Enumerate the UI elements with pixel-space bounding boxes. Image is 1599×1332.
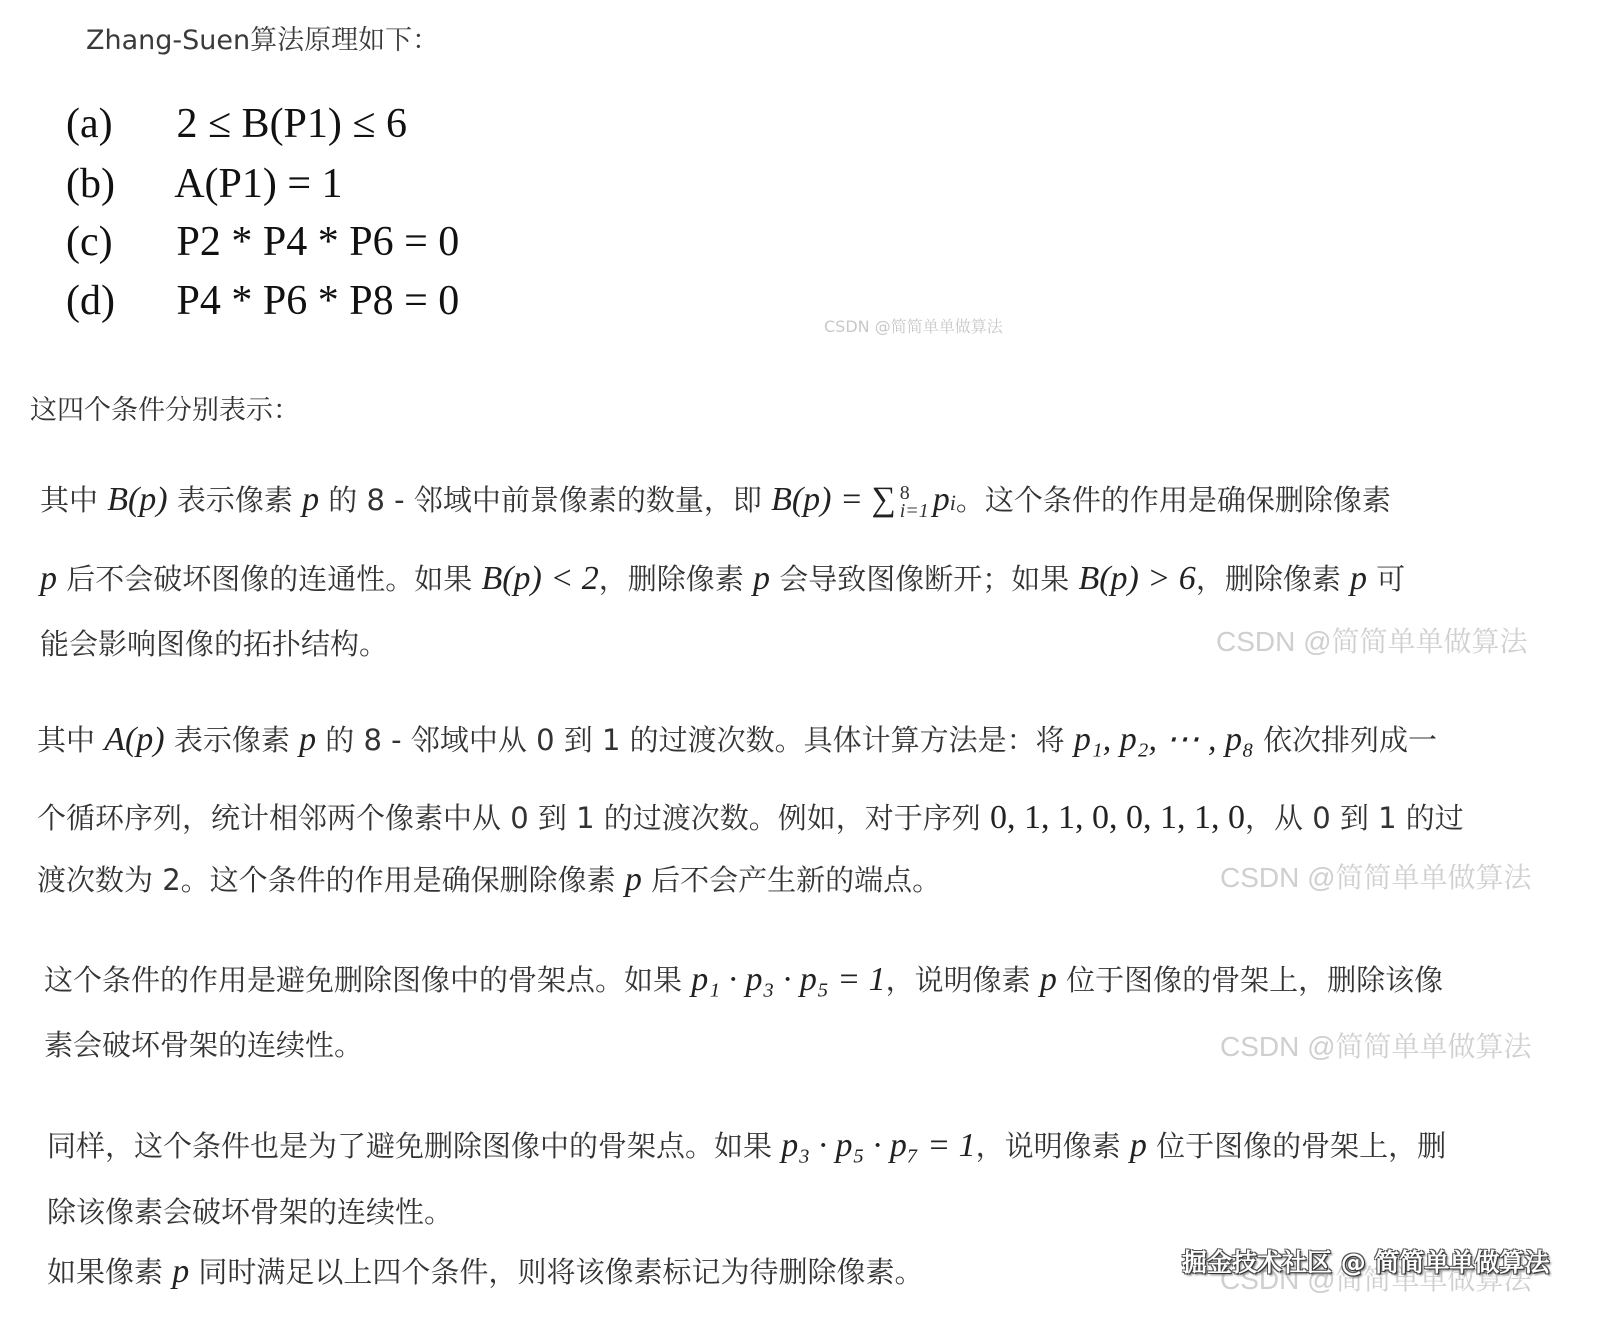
watermark-csdn: CSDN @简简单单做算法	[1220, 1025, 1532, 1065]
text: 表示像素	[168, 483, 302, 517]
text: 其中	[40, 483, 107, 517]
math-p: p	[299, 721, 316, 758]
condition-b: (b) A(P1) = 1	[66, 160, 343, 208]
text: ，删除像素	[1196, 562, 1350, 596]
text: 可	[1367, 562, 1405, 596]
condition-d: (d) P4 * P6 * P8 = 0	[66, 277, 459, 325]
intro-title: Zhang-Suen算法原理如下：	[86, 18, 439, 57]
sum-lower-limit: i=1	[900, 502, 929, 520]
text: ，说明像素	[976, 1129, 1130, 1163]
watermark-csdn: CSDN @简简单单做算法	[1220, 856, 1532, 896]
math-p: p	[302, 481, 319, 518]
text: ，删除像素	[599, 562, 753, 596]
condition-expression: 2 ≤ B(P1) ≤ 6	[177, 101, 407, 147]
condition-label: (c)	[66, 218, 166, 266]
text: 同时满足以上四个条件，则将该像素标记为待删除像素。	[189, 1255, 923, 1289]
watermark-csdn: CSDN @简简单单做算法	[1216, 620, 1528, 660]
section-heading: 这四个条件分别表示：	[30, 388, 300, 427]
paragraph-line: p 后不会破坏图像的连通性。如果 B(p) < 2，删除像素 p 会导致图像断开…	[40, 557, 1405, 598]
math-inequality: B(p) < 2	[481, 560, 598, 597]
text: 后不会产生新的端点。	[642, 863, 941, 897]
math-p: p	[40, 560, 57, 597]
text: 渡次数为 2。这个条件的作用是确保删除像素	[37, 863, 625, 897]
math-p: p	[625, 861, 642, 898]
text: 这个条件的作用是避免删除图像中的骨架点。如果	[44, 963, 691, 997]
text: 会导致图像断开；如果	[770, 562, 1078, 596]
text: 个循环序列，统计相邻两个像素中从 0 到 1 的过渡次数。例如，对于序列	[37, 801, 990, 835]
math-b-p: B(p)	[107, 481, 167, 518]
math-a-p: A(p)	[104, 721, 164, 758]
math-p-i: p	[933, 481, 950, 518]
text: 位于图像的骨架上，删	[1147, 1129, 1446, 1163]
watermark-formula: CSDN @简简单单做算法	[824, 314, 1003, 337]
paragraph-line: 能会影响图像的拓扑结构。	[40, 622, 388, 663]
text: 同样，这个条件也是为了避免删除图像中的骨架点。如果	[47, 1129, 781, 1163]
text: 依次排列成一	[1254, 723, 1437, 757]
text: 后不会破坏图像的连通性。如果	[57, 562, 481, 596]
math-inequality: B(p) > 6	[1078, 560, 1195, 597]
math-p: p	[1130, 1127, 1147, 1164]
math-product: p₁ · p₃ · p₅ = 1	[691, 961, 885, 998]
conclusion-line: 如果像素 p 同时满足以上四个条件，则将该像素标记为待删除像素。	[47, 1250, 923, 1291]
math-p: p	[1350, 560, 1367, 597]
text: 如果像素	[47, 1255, 172, 1289]
paragraph-line: 个循环序列，统计相邻两个像素中从 0 到 1 的过渡次数。例如，对于序列 0, …	[37, 796, 1464, 837]
math-p: p	[172, 1253, 189, 1290]
text: 的 8 - 邻域中从 0 到 1 的过渡次数。具体计算方法是：将	[316, 723, 1074, 757]
text: 。这个条件的作用是确保删除像素	[956, 483, 1391, 517]
text: 其中	[37, 723, 104, 757]
paragraph-line: 除该像素会破坏骨架的连续性。	[47, 1190, 453, 1231]
paragraph-line: 素会破坏骨架的连续性。	[44, 1023, 363, 1064]
condition-label: (a)	[66, 100, 166, 148]
condition-expression: P4 * P6 * P8 = 0	[177, 278, 460, 324]
text: 位于图像的骨架上，删除该像	[1057, 963, 1443, 997]
condition-expression: A(P1) = 1	[174, 161, 342, 207]
watermark-juejin: 掘金技术社区 @ 简简单单做算法	[1182, 1243, 1549, 1279]
text: ，说明像素	[886, 963, 1040, 997]
paragraph-line: 其中 A(p) 表示像素 p 的 8 - 邻域中从 0 到 1 的过渡次数。具体…	[37, 718, 1437, 759]
math-p: p	[1040, 961, 1057, 998]
paragraph-line: 这个条件的作用是避免删除图像中的骨架点。如果 p₁ · p₃ · p₅ = 1，…	[44, 958, 1443, 999]
paragraph-line: 同样，这个条件也是为了避免删除图像中的骨架点。如果 p₃ · p₅ · p₇ =…	[47, 1124, 1446, 1165]
paragraph-line: 其中 B(p) 表示像素 p 的 8 - 邻域中前景像素的数量，即 B(p) =…	[40, 478, 1391, 520]
math-sequence: p₁, p₂, ⋯ , p₈	[1074, 721, 1254, 758]
text: 的 8 - 邻域中前景像素的数量，即	[319, 483, 771, 517]
paragraph-line: 渡次数为 2。这个条件的作用是确保删除像素 p 后不会产生新的端点。	[37, 858, 941, 899]
condition-expression: P2 * P4 * P6 = 0	[177, 219, 460, 265]
math-example-sequence: 0, 1, 1, 0, 0, 1, 1, 0	[990, 799, 1245, 836]
condition-label: (d)	[66, 277, 166, 325]
math-product: p₃ · p₅ · p₇ = 1	[781, 1127, 975, 1164]
math-p: p	[753, 560, 770, 597]
condition-label: (b)	[66, 160, 166, 208]
math-sum: B(p) = ∑	[771, 481, 896, 518]
condition-a: (a) 2 ≤ B(P1) ≤ 6	[66, 100, 407, 148]
text: ，从 0 到 1 的过	[1245, 801, 1464, 835]
text: 表示像素	[165, 723, 299, 757]
condition-c: (c) P2 * P4 * P6 = 0	[66, 218, 459, 266]
